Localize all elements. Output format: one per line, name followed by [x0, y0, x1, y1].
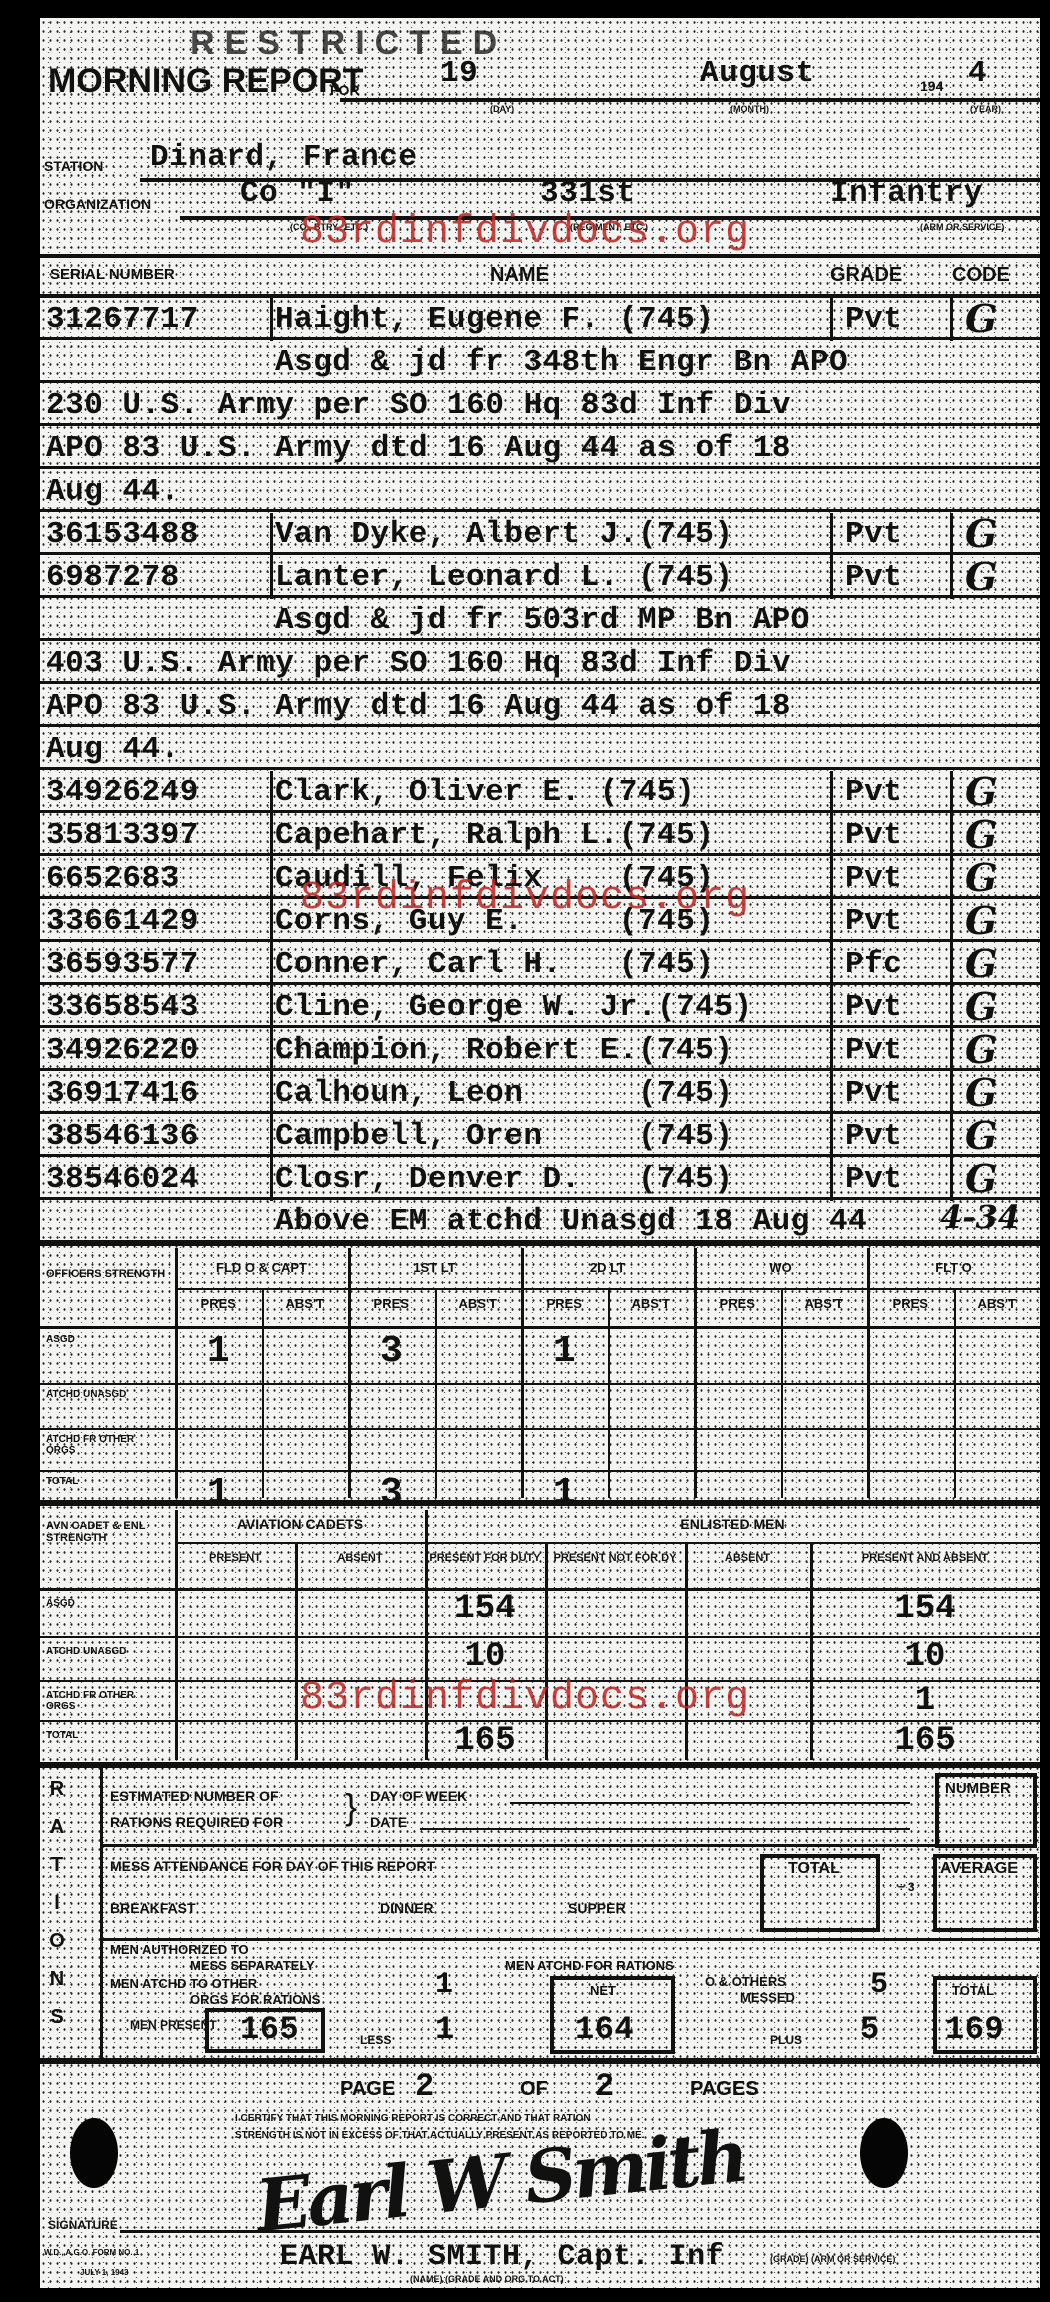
atchd-rations-label: MEN ATCHD FOR RATIONS — [505, 1958, 674, 1973]
serial-number: 33661429 — [46, 904, 199, 939]
officer-subcol-header: ABS'T — [781, 1296, 868, 1311]
serial-number: 31267717 — [46, 302, 199, 337]
soldier-name: Capehart, Ralph L.(745) — [275, 818, 714, 853]
enlisted-count-cell: 154 — [425, 1590, 545, 1628]
number-label: NUMBER — [945, 1780, 1011, 1797]
officer-count-cell: 1 — [521, 1472, 608, 1515]
day-caption: (DAY) — [490, 104, 514, 114]
officer-row-label: TOTAL — [46, 1476, 166, 1487]
duty-code: G — [965, 1070, 997, 1115]
serial-number: 6652683 — [46, 861, 180, 896]
officer-group-header: 2D LT — [521, 1260, 694, 1275]
col-code: CODE — [952, 264, 1010, 287]
enlisted-count-cell: 165 — [425, 1722, 545, 1760]
for-label: FOR — [330, 82, 360, 98]
roster-remark: APO 83 U.S. Army dtd 16 Aug 44 as of 18 — [46, 689, 791, 724]
regiment-value: 331st — [540, 176, 636, 211]
duty-code: G — [965, 1113, 997, 1158]
less-value: 1 — [435, 2011, 455, 2048]
serial-number: 34926249 — [46, 775, 199, 810]
report-month: August — [700, 56, 815, 91]
duty-code: G — [965, 1156, 997, 1201]
serial-number: 36917416 — [46, 1076, 199, 1111]
side-letter: I — [44, 1892, 70, 1930]
grade: Pvt — [845, 1033, 902, 1068]
officer-group-header: FLT O — [867, 1260, 1040, 1275]
form-title: MORNING REPORT — [48, 62, 363, 101]
roster-remark: Aug 44. — [46, 474, 180, 509]
officer-count-cell: 1 — [175, 1472, 262, 1515]
roster-remark: Asgd & jd fr 503rd MP Bn APO — [275, 603, 810, 638]
serial-number: 36593577 — [46, 947, 199, 982]
enlisted-row-label: TOTAL — [46, 1730, 166, 1741]
side-letter: A — [44, 1816, 70, 1854]
officer-subcol-header: PRES — [175, 1296, 262, 1311]
officer-group-header: FLD O & CAPT — [175, 1260, 348, 1275]
duty-code: G — [965, 554, 997, 599]
soldier-name: Champion, Robert E.(745) — [275, 1033, 733, 1068]
punch-hole-left — [70, 2118, 118, 2188]
o-others-value: 5 — [870, 1968, 889, 2002]
soldier-name: Clark, Oliver E. (745) — [275, 775, 695, 810]
officers-strength-label: OFFICERS STRENGTH — [46, 1268, 166, 1280]
year-prefix: 194 — [920, 78, 943, 94]
company-value: Co "I" — [240, 176, 355, 211]
side-letter: R — [44, 1778, 70, 1816]
col-name: NAME — [490, 264, 549, 287]
duty-code: G — [965, 812, 997, 857]
grade: Pvt — [845, 861, 902, 896]
roster-remark: APO 83 U.S. Army dtd 16 Aug 44 as of 18 — [46, 431, 791, 466]
total-label: TOTAL — [952, 1983, 994, 1998]
officer-row-label: ATCHD FR OTHER ORGS — [46, 1434, 166, 1456]
station-value: Dinard, France — [150, 140, 417, 175]
serial-number: 35813397 — [46, 818, 199, 853]
atchd-other-label-2: ORGS FOR RATIONS — [190, 1992, 320, 2007]
duty-code: G — [965, 296, 997, 341]
day-of-week-label: DAY OF WEEK — [370, 1788, 467, 1804]
aviation-cadets-header: AVIATION CADETS — [175, 1516, 425, 1532]
mess-attendance-label: MESS ATTENDANCE FOR DAY OF THIS REPORT — [110, 1858, 435, 1874]
enlisted-row-label: ATCHD FR OTHER ORGS — [46, 1690, 166, 1712]
closing-remark: Above EM atchd Unasgd 18 Aug 44 — [275, 1204, 867, 1239]
grade: Pvt — [845, 904, 902, 939]
col-grade: GRADE — [830, 264, 902, 287]
org-caption-arm: (ARM OR SERVICE) — [920, 222, 1004, 232]
supper-label: SUPPER — [568, 1900, 626, 1916]
enlisted-col-header: PRESENT NOT FOR DY — [545, 1552, 685, 1564]
enlisted-strength-label: AVN CADET & ENL STRENGTH — [46, 1520, 166, 1544]
soldier-name: Calhoun, Leon (745) — [275, 1076, 733, 1111]
form-number: W.D., A.G.O. FORM NO. 1 — [44, 2248, 139, 2257]
grade: Pvt — [845, 990, 902, 1025]
officer-subcol-header: ABS'T — [954, 1296, 1041, 1311]
atchd-other-value: 1 — [435, 1968, 454, 2002]
certify-line-1: I CERTIFY THAT THIS MORNING REPORT IS CO… — [235, 2113, 591, 2124]
plus-value: 5 — [860, 2011, 880, 2048]
station-label: STATION — [44, 158, 103, 174]
enlisted-col-header: PRESENT — [175, 1552, 295, 1564]
officer-count-cell: 1 — [175, 1330, 262, 1373]
punch-hole-right — [860, 2118, 908, 2188]
enlisted-count-cell: 1 — [810, 1682, 1040, 1720]
year-caption: (YEAR) — [970, 104, 1001, 114]
net-label: NET — [590, 1983, 616, 1998]
officer-count-cell: 3 — [348, 1330, 435, 1373]
duty-code: G — [965, 511, 997, 556]
soldier-name: Van Dyke, Albert J.(745) — [275, 517, 733, 552]
officer-subcol-header: PRES — [521, 1296, 608, 1311]
grade: Pvt — [845, 775, 902, 810]
serial-number: 33658543 — [46, 990, 199, 1025]
officer-count-cell: 3 — [348, 1472, 435, 1515]
soldier-name: Conner, Carl H. (745) — [275, 947, 714, 982]
soldier-name: Cline, George W. Jr.(745) — [275, 990, 753, 1025]
month-caption: (MONTH) — [730, 104, 769, 114]
duty-code: G — [965, 898, 997, 943]
mess-total-label: TOTAL — [788, 1860, 840, 1878]
roster-remark: Asgd & jd fr 348th Engr Bn APO — [275, 345, 848, 380]
soldier-name: Closr, Denver D. (745) — [275, 1162, 733, 1197]
soldier-name: Campbell, Oren (745) — [275, 1119, 733, 1154]
serial-number: 38546136 — [46, 1119, 199, 1154]
side-letter: T — [44, 1854, 70, 1892]
grade: Pvt — [845, 1119, 902, 1154]
grade: Pfc — [845, 947, 902, 982]
serial-number: 38546024 — [46, 1162, 199, 1197]
report-year-suffix: 4 — [968, 56, 987, 91]
breakfast-label: BREAKFAST — [110, 1900, 196, 1916]
roster-remark: 403 U.S. Army per SO 160 Hq 83d Inf Div — [46, 646, 791, 681]
serial-number: 36153488 — [46, 517, 199, 552]
serial-number: 34926220 — [46, 1033, 199, 1068]
page-total: 2 — [595, 2068, 615, 2105]
enlisted-count-cell: 10 — [425, 1638, 545, 1676]
officer-subcol-header: ABS'T — [608, 1296, 695, 1311]
signature-label: SIGNATURE — [48, 2218, 118, 2232]
serial-number: 6987278 — [46, 560, 180, 595]
duty-code: G — [965, 855, 997, 900]
brace-icon: } — [345, 1786, 357, 1828]
side-letter: N — [44, 1968, 70, 2006]
officer-subcol-header: PRES — [867, 1296, 954, 1311]
morning-report-page: RESTRICTED MORNING REPORT FOR 19 August … — [40, 18, 1040, 2288]
roster-remark: 230 U.S. Army per SO 160 Hq 83d Inf Div — [46, 388, 791, 423]
page-number: 2 — [415, 2068, 435, 2105]
duty-code: G — [965, 984, 997, 1029]
form-date: JULY 1, 1943 — [80, 2268, 128, 2277]
officer-row-label: ATCHD UNASGD — [46, 1389, 166, 1400]
enlisted-count-cell: 165 — [810, 1722, 1040, 1760]
grade: Pvt — [845, 1162, 902, 1197]
divide-by-three: ÷ 3 — [898, 1880, 912, 1894]
arm-value: Infantry — [830, 176, 983, 211]
grade: Pvt — [845, 560, 902, 595]
signer-caption: (GRADE) (ARM OR SERVICE) — [770, 2254, 895, 2264]
less-label: LESS — [360, 2033, 391, 2047]
officer-subcol-header: PRES — [348, 1296, 435, 1311]
signer-role-caption: (NAME) (GRADE AND ORG TO ACT) — [410, 2274, 564, 2284]
dinner-label: DINNER — [380, 1900, 434, 1916]
plus-label: PLUS — [770, 2033, 802, 2047]
side-letter: O — [44, 1930, 70, 1968]
grade: Pvt — [845, 818, 902, 853]
officer-row-label: ASGD — [46, 1334, 166, 1345]
authorized-label-1: MEN AUTHORIZED TO — [110, 1942, 249, 1957]
soldier-name: Lanter, Leonard L. (745) — [275, 560, 733, 595]
enlisted-col-header: PRESENT AND ABSENT — [810, 1552, 1040, 1564]
o-others-label-2: MESSED — [740, 1990, 795, 2005]
enlisted-row-label: ATCHD UNASGD — [46, 1646, 166, 1657]
watermark-bottom: 83rdinfdivdocs.org — [300, 1676, 750, 1721]
estimated-label-2: RATIONS REQUIRED FOR — [110, 1814, 283, 1830]
closing-handwritten: 4-34 — [940, 1198, 1020, 1236]
enlisted-count-cell: 10 — [810, 1638, 1040, 1676]
rations-side-letters: RATIONS — [44, 1778, 70, 2044]
men-present-value: 165 — [240, 2011, 299, 2048]
roster-remark: Aug 44. — [46, 732, 180, 767]
officer-group-header: WO — [694, 1260, 867, 1275]
enlisted-row-label: ASGD — [46, 1598, 166, 1609]
report-day: 19 — [440, 56, 478, 91]
signer-name: EARL W. SMITH, Capt. Inf — [280, 2240, 724, 2274]
officer-subcol-header: ABS'T — [435, 1296, 522, 1311]
watermark-top: 83rdinfdivdocs.org — [300, 210, 750, 255]
grade: Pvt — [845, 302, 902, 337]
net-value: 164 — [575, 2011, 634, 2048]
officer-subcol-header: PRES — [694, 1296, 781, 1311]
enlisted-count-cell: 154 — [810, 1590, 1040, 1628]
organization-label: ORGANIZATION — [44, 196, 151, 212]
side-letter: S — [44, 2006, 70, 2044]
duty-code: G — [965, 769, 997, 814]
officer-subcol-header: ABS'T — [262, 1296, 349, 1311]
enlisted-col-header: PRESENT FOR DUTY — [425, 1552, 545, 1564]
total-value: 169 — [945, 2011, 1004, 2048]
grade: Pvt — [845, 1076, 902, 1111]
watermark-middle: 83rdinfdivdocs.org — [300, 876, 750, 921]
page-label: PAGE — [340, 2078, 395, 2101]
duty-code: G — [965, 1027, 997, 1072]
enlisted-col-header: ABSENT — [685, 1552, 810, 1564]
men-present-label: MEN PRESENT — [130, 2018, 217, 2032]
officer-group-header: 1ST LT — [348, 1260, 521, 1275]
average-label: AVERAGE — [940, 1860, 1018, 1878]
atchd-other-label-1: MEN ATCHD TO OTHER — [110, 1976, 257, 1991]
soldier-name: Haight, Eugene F. (745) — [275, 302, 714, 337]
o-others-label-1: O & OTHERS — [705, 1974, 786, 1989]
authorized-label-2: MESS SEPARATELY — [190, 1958, 315, 1973]
date-label: DATE — [370, 1814, 407, 1830]
duty-code: G — [965, 941, 997, 986]
estimated-label-1: ESTIMATED NUMBER OF — [110, 1788, 279, 1804]
grade: Pvt — [845, 517, 902, 552]
enlisted-col-header: ABSENT — [295, 1552, 425, 1564]
of-label: OF — [520, 2078, 548, 2101]
col-serial-number: SERIAL NUMBER — [50, 266, 175, 283]
enlisted-men-header: ENLISTED MEN — [425, 1516, 1040, 1532]
officer-count-cell: 1 — [521, 1330, 608, 1373]
pages-label: PAGES — [690, 2078, 759, 2101]
